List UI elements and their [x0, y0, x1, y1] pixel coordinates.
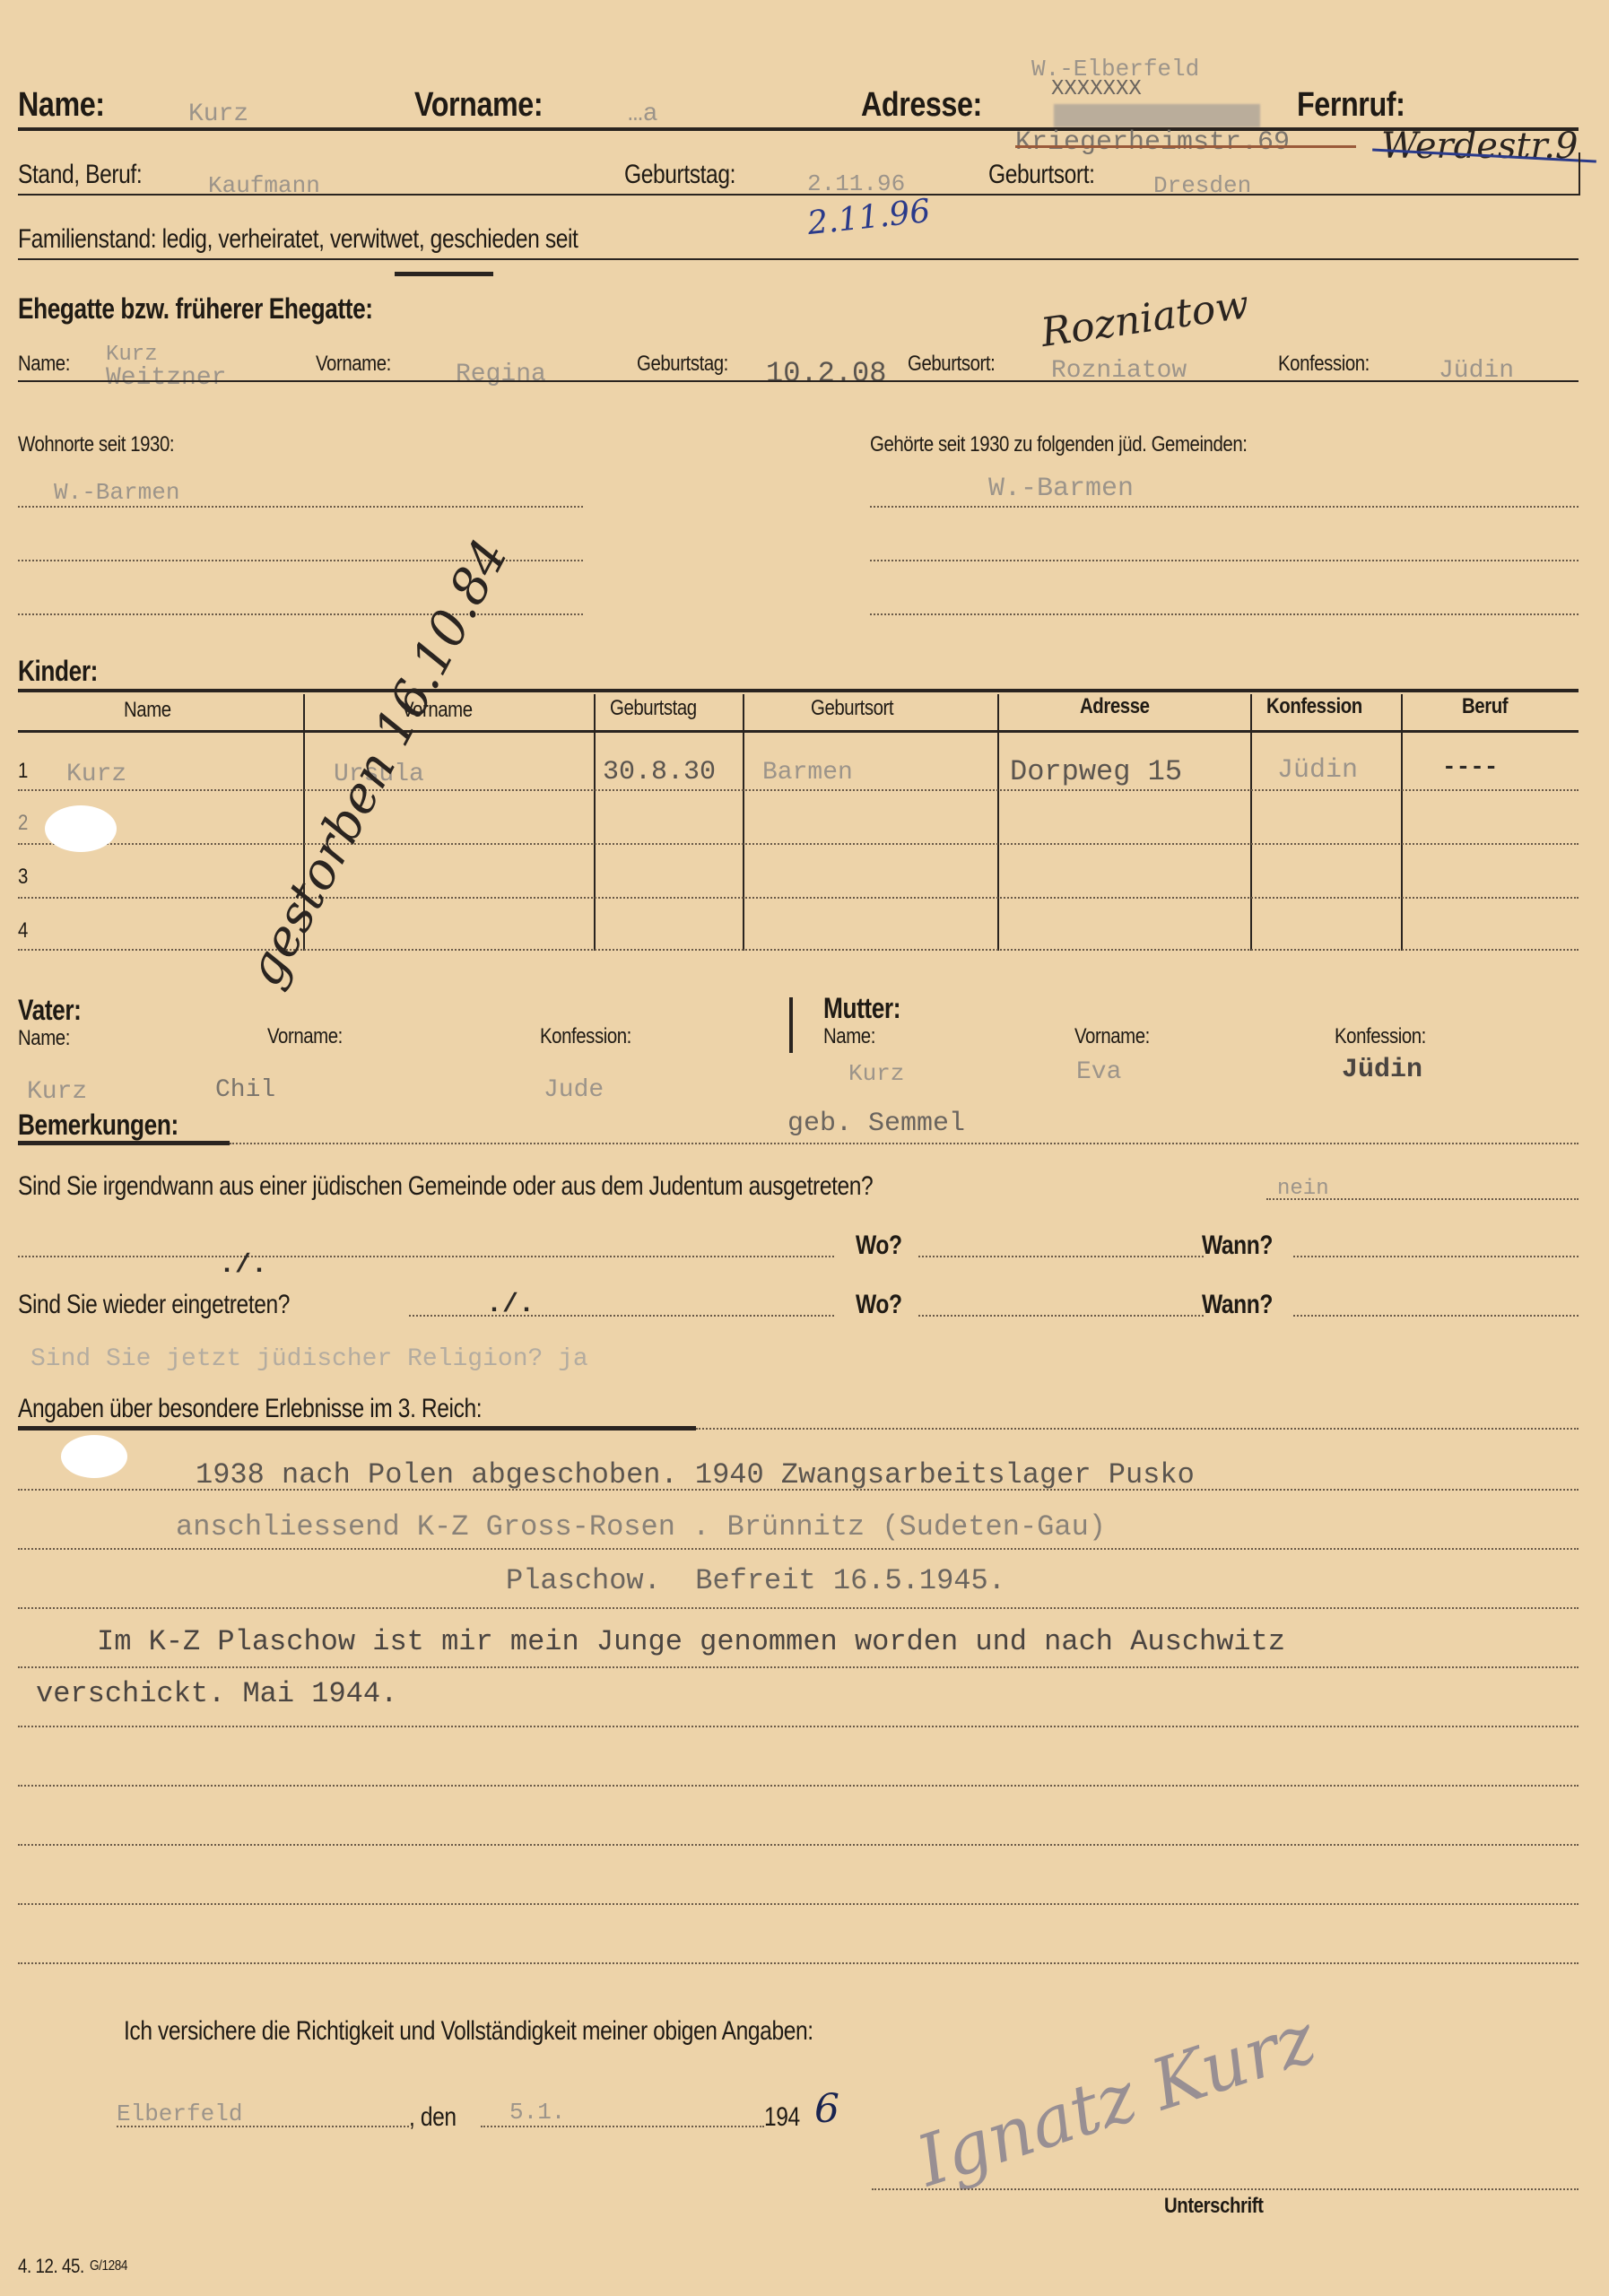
wann-line-2[interactable]	[1293, 1315, 1579, 1317]
vater-name-label: Name:	[18, 1026, 70, 1051]
unterschrift-label: Unterschrift	[1164, 2194, 1264, 2219]
col-divider-5	[1250, 694, 1252, 951]
wo-label-1: Wo?	[856, 1231, 902, 1261]
signature: Ignatz Kurz	[908, 1998, 1325, 2203]
footer-form-number: G/1284	[90, 2258, 127, 2274]
erlebnisse-line-0	[696, 1428, 1579, 1430]
adresse-handwritten: Werdestr.9	[1381, 126, 1578, 167]
vater-vorname-value[interactable]: Chil	[215, 1076, 275, 1104]
wohnorte-line-1	[18, 506, 583, 508]
ausgetreten-answer-line	[1266, 1198, 1579, 1200]
child-row-1-beruf[interactable]: ----	[1442, 753, 1498, 780]
erlebnisse-rule-1	[18, 1489, 1579, 1491]
erlebnisse-rule-3	[18, 1607, 1579, 1609]
col-header-konfession: Konfession	[1266, 694, 1362, 719]
wo-label-2: Wo?	[856, 1290, 902, 1320]
fernruf-label: Fernruf:	[1297, 86, 1405, 125]
erlebnisse-rule-6	[18, 1785, 1579, 1787]
vorname-value[interactable]: …a	[628, 100, 658, 128]
answer-ausgetreten[interactable]: nein	[1277, 1177, 1329, 1201]
children-section-label: Kinder:	[18, 655, 98, 688]
child-row-1-geburtsort[interactable]: Barmen	[762, 759, 853, 787]
mutter-label: Mutter:	[823, 992, 900, 1025]
vater-label: Vater:	[18, 994, 81, 1027]
familienstand-label: Familienstand: ledig, verheiratet, verwi…	[18, 224, 578, 255]
geburtstag-label: Geburtstag:	[624, 160, 735, 190]
spouse-vorname-value[interactable]: Regina	[456, 361, 546, 388]
vater-vorname-label: Vorname:	[267, 1024, 343, 1049]
child-row-1-konfession[interactable]: Jüdin	[1277, 755, 1358, 786]
adresse-line3-struck[interactable]: Kriegerheimstr.69	[1015, 127, 1290, 158]
declaration-year-prefix: 194	[764, 2102, 800, 2133]
header-rule-1	[18, 127, 1579, 131]
spouse-konfession-label: Konfession:	[1278, 352, 1370, 377]
declaration-year-handwritten: 6	[814, 2086, 839, 2132]
paper-damage-spot-2	[61, 1435, 127, 1478]
erlebnisse-rule-4	[18, 1666, 1579, 1668]
footer-print-code: 4. 12. 45.	[18, 2255, 84, 2278]
wohnorte-label: Wohnorte seit 1930:	[18, 432, 174, 457]
adresse-label: Adresse:	[861, 86, 982, 125]
mutter-konfession-value[interactable]: Jüdin	[1342, 1055, 1422, 1085]
spouse-geburtstag-value[interactable]: 10.2.08	[766, 357, 886, 390]
child-row-line-3	[18, 897, 1579, 899]
erlebnisse-line-1[interactable]: 1938 nach Polen abgeschoben. 1940 Zwangs…	[196, 1458, 1195, 1492]
geburtstag-handwritten: 2.11.96	[805, 193, 932, 242]
erlebnisse-rule-8	[18, 1903, 1579, 1905]
declaration-den-label: , den	[409, 2102, 457, 2133]
typed-religion-question[interactable]: Sind Sie jetzt jüdischer Religion? ja	[30, 1345, 588, 1373]
wo-line-1[interactable]	[918, 1256, 1204, 1257]
parents-divider	[789, 997, 793, 1053]
question-eingetreten: Sind Sie wieder eingetreten?	[18, 1290, 290, 1320]
erlebnisse-underline	[18, 1426, 696, 1431]
spouse-name-value-2[interactable]: Weitzner	[106, 364, 226, 392]
child-row-line-1	[18, 789, 1579, 791]
mutter-vorname-value[interactable]: Eva	[1076, 1058, 1121, 1086]
col-divider-6	[1401, 694, 1403, 951]
bemerkungen-line	[230, 1143, 1579, 1144]
vater-konfession-value[interactable]: Jude	[544, 1076, 604, 1104]
bemerkungen-label: Bemerkungen:	[18, 1109, 178, 1142]
bemerkungen-underline	[18, 1141, 230, 1145]
erlebnisse-line-5[interactable]: verschickt. Mai 1944.	[36, 1677, 397, 1710]
mutter-geb-value[interactable]: geb. Semmel	[787, 1109, 965, 1139]
spouse-vorname-label: Vorname:	[316, 352, 391, 377]
erlebnisse-rule-2	[18, 1548, 1579, 1550]
spouse-geburtsort-label: Geburtsort:	[908, 352, 995, 377]
spouse-geburtsort-handwritten: Rozniatow	[1039, 282, 1252, 356]
children-rule-header	[18, 730, 1579, 733]
erlebnisse-line-3[interactable]: Plaschow. Befreit 16.5.1945.	[506, 1564, 1005, 1597]
child-row-2-num: 2	[18, 811, 28, 836]
declaration-date[interactable]: 5.1.	[509, 2099, 565, 2126]
name-value[interactable]: Kurz	[188, 100, 248, 128]
geburtsort-label: Geburtsort:	[988, 160, 1095, 190]
child-row-line-2	[18, 843, 1579, 845]
col-header-geburtstag: Geburtstag	[610, 696, 697, 721]
col-header-geburtsort: Geburtsort	[811, 696, 893, 721]
familienstand-rule	[18, 258, 1579, 260]
wann-label-1: Wann?	[1202, 1231, 1273, 1261]
mutter-konfession-label: Konfession:	[1335, 1024, 1426, 1049]
declaration-place[interactable]: Elberfeld	[117, 2100, 242, 2127]
child-row-3-num: 3	[18, 865, 28, 890]
paper-damage-spot	[45, 805, 117, 852]
ausgetreten-line	[18, 1256, 834, 1257]
familienstand-underline	[395, 272, 493, 276]
vater-name-value[interactable]: Kurz	[27, 1078, 87, 1106]
child-row-1-num: 1	[18, 759, 28, 784]
col-divider-2	[594, 694, 596, 951]
gemeinden-line-2	[870, 560, 1579, 561]
wann-label-2: Wann?	[1202, 1290, 1273, 1320]
child-row-1-geburtstag[interactable]: 30.8.30	[603, 757, 716, 787]
wohnorte-value-1[interactable]: W.-Barmen	[54, 479, 179, 506]
question-ausgetreten: Sind Sie irgendwann aus einer jüdischen …	[18, 1171, 873, 1202]
children-handwritten-annotation: gestorben 16.10.84	[236, 530, 520, 996]
spouse-name-value-1[interactable]: Kurz	[106, 346, 158, 364]
mutter-name-label: Name:	[823, 1024, 875, 1049]
declaration-date-line	[481, 2126, 764, 2127]
spouse-rule	[18, 380, 1579, 382]
address-strikethrough	[1015, 145, 1356, 148]
declaration-place-line	[117, 2126, 409, 2127]
spouse-section-label: Ehegatte bzw. früherer Ehegatte:	[18, 292, 373, 326]
spouse-name-label: Name:	[18, 352, 70, 377]
stand-beruf-label: Stand, Beruf:	[18, 160, 142, 190]
vorname-label: Vorname:	[414, 86, 543, 125]
erlebnisse-label: Angaben über besondere Erlebnisse im 3. …	[18, 1394, 482, 1424]
vater-konfession-label: Konfession:	[540, 1024, 631, 1049]
child-row-1-adresse[interactable]: Dorpweg 15	[1010, 755, 1182, 788]
child-row-4-num: 4	[18, 918, 28, 944]
col-header-adresse: Adresse	[1080, 694, 1150, 719]
mutter-name-value[interactable]: Kurz	[848, 1060, 904, 1087]
wo-line-2[interactable]	[918, 1315, 1204, 1317]
wann-line-1[interactable]	[1293, 1256, 1579, 1257]
header-right-tick	[1579, 152, 1580, 196]
ausgetreten-line-value[interactable]: ./.	[219, 1250, 267, 1281]
adresse-redaction	[1054, 104, 1260, 127]
eingetreten-line	[409, 1315, 834, 1317]
header-rule-2	[18, 194, 1579, 196]
col-divider-4	[997, 694, 999, 951]
declaration-statement: Ich versichere die Richtigkeit und Volls…	[124, 2016, 813, 2047]
erlebnisse-rule-5	[18, 1726, 1579, 1727]
mutter-vorname-label: Vorname:	[1074, 1024, 1150, 1049]
signature-line[interactable]	[872, 2188, 1579, 2190]
wohnorte-line-3	[18, 613, 583, 615]
children-rule-top	[18, 689, 1579, 692]
name-label: Name:	[18, 86, 105, 125]
gemeinden-line-1	[870, 506, 1579, 508]
gemeinden-value-1[interactable]: W.-Barmen	[988, 474, 1134, 504]
erlebnisse-line-2[interactable]: anschliessend K-Z Gross-Rosen . Brünnitz…	[176, 1510, 1106, 1544]
erlebnisse-rule-7	[18, 1844, 1579, 1846]
col-header-name: Name	[124, 698, 171, 723]
erlebnisse-line-4[interactable]: Im K-Z Plaschow ist mir mein Junge genom…	[97, 1625, 1285, 1658]
child-row-1-name[interactable]: Kurz	[66, 761, 126, 788]
col-header-beruf: Beruf	[1462, 694, 1508, 719]
adresse-line2[interactable]: XXXXXXX	[1051, 77, 1142, 101]
col-divider-3	[743, 694, 744, 951]
gemeinden-line-3	[870, 613, 1579, 615]
erlebnisse-rule-9	[18, 1962, 1579, 1964]
spouse-geburtstag-label: Geburtstag:	[637, 352, 728, 377]
gemeinden-label: Gehörte seit 1930 zu folgenden jüd. Geme…	[870, 432, 1247, 457]
